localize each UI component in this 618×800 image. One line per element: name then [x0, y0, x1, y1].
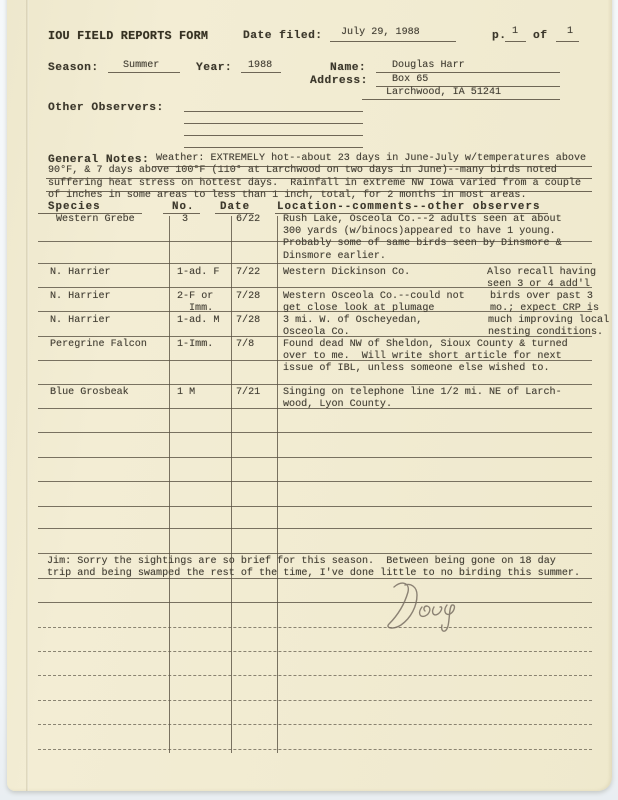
rule-line-dashed: [38, 724, 592, 725]
page-number-underline: [505, 41, 526, 42]
fold-crease: [26, 0, 29, 791]
observers-underline-2: [184, 123, 363, 124]
date-cell: 7/28: [236, 291, 260, 303]
rule-line: [38, 384, 592, 385]
form-title: IOU FIELD REPORTS FORM: [48, 29, 208, 43]
signature-path: [388, 583, 455, 631]
notes-rule-2: [46, 178, 592, 179]
scanned-field-report-page: IOU FIELD REPORTS FORM Date filed: July …: [0, 0, 618, 800]
side-note: Also recall having seen 3 or 4 add'l: [487, 267, 596, 291]
rule-line-dashed: [38, 749, 592, 750]
date-cell: 6/22: [236, 214, 260, 226]
season-underline: [108, 72, 180, 73]
date-cell: 7/21: [236, 387, 260, 399]
address-value: Box 65: [392, 74, 428, 86]
species-cell: N. Harrier: [50, 267, 111, 279]
count-cell: 1-ad. F: [177, 267, 219, 279]
col-header-no: No.: [172, 201, 195, 213]
city-underline: [362, 99, 560, 100]
species-cell: N. Harrier: [50, 315, 111, 327]
date-filed-value: July 29, 1988: [341, 27, 420, 39]
species-cell: Western Grebe: [56, 214, 135, 226]
signature-doug: [378, 578, 473, 636]
year-label: Year:: [196, 62, 232, 75]
date-cell: 7/22: [236, 267, 260, 279]
rule-line: [38, 457, 592, 458]
count-cell: 3: [182, 214, 188, 226]
col-header-location: Location--comments--other observers: [277, 201, 541, 213]
page-total-value: 1: [567, 26, 573, 38]
species-cell: N. Harrier: [50, 291, 111, 303]
col-header-species: Species: [48, 201, 101, 213]
year-value: 1988: [248, 60, 272, 72]
location-note: 3 mi. W. of Oscheyedan, Osceola Co.: [283, 315, 422, 339]
location-note: Singing on telephone line 1/2 mi. NE of …: [283, 387, 562, 411]
name-label: Name:: [330, 62, 366, 75]
rule-line: [38, 602, 592, 603]
date-filed-underline: [330, 41, 456, 42]
general-notes-line-3: suffering heat stress on hottest days. R…: [48, 178, 581, 190]
rule-line-dashed: [38, 627, 592, 628]
rule-line-dashed: [38, 700, 592, 701]
species-column-divider: [169, 216, 170, 753]
location-note: Western Osceola Co.--could not get close…: [283, 291, 465, 315]
rule-line: [38, 506, 592, 507]
location-note: Rush Lake, Osceola Co.--2 adults seen at…: [283, 214, 562, 263]
rule-line-dashed: [38, 675, 592, 676]
count-cell: 2-F or: [177, 291, 213, 303]
count-cell: 1-ad. M: [177, 315, 219, 327]
observers-underline-3: [184, 135, 363, 136]
notes-rule-3: [46, 191, 592, 192]
notes-rule-1: [152, 166, 592, 167]
other-observers-label: Other Observers:: [48, 102, 164, 115]
season-value: Summer: [123, 60, 159, 72]
rule-line-dashed: [38, 651, 592, 652]
rule-line: [38, 481, 592, 482]
page-total-underline: [556, 41, 579, 42]
count-cell: 1-Imm.: [177, 339, 213, 351]
page-number-value: 1: [512, 26, 518, 38]
observers-underline-1: [184, 111, 363, 112]
count-cell-line2: Imm.: [189, 303, 213, 315]
date-column-divider: [277, 216, 278, 753]
side-note: much improving local nesting conditions.: [488, 315, 609, 339]
count-cell: 1 M: [177, 387, 195, 399]
closing-note: Jim: Sorry the sightings are so brief fo…: [47, 556, 580, 580]
rule-line: [38, 432, 592, 433]
city-value: Larchwood, IA 51241: [386, 87, 501, 99]
observers-underline-4: [184, 147, 363, 148]
rule-line: [38, 263, 592, 264]
location-note: Western Dickinson Co.: [283, 267, 410, 279]
species-cell: Peregrine Falcon: [50, 339, 147, 351]
of-label: of: [533, 30, 547, 43]
no-column-divider: [231, 216, 232, 753]
species-cell: Blue Grosbeak: [50, 387, 129, 399]
col-header-date: Date: [220, 201, 250, 213]
date-cell: 7/28: [236, 315, 260, 327]
side-note: birds over past 3 mo.; expect CRP is: [490, 291, 599, 315]
location-note: Found dead NW of Sheldon, Sioux County &…: [283, 339, 568, 376]
date-cell: 7/8: [236, 339, 254, 351]
address-label: Address:: [310, 75, 368, 88]
season-label: Season:: [48, 62, 99, 75]
rule-line: [38, 528, 592, 529]
name-underline: [376, 72, 560, 73]
rule-line: [38, 553, 592, 554]
general-notes-line-1: Weather: EXTREMELY hot--about 23 days in…: [156, 153, 586, 165]
date-filed-label: Date filed:: [243, 30, 323, 43]
name-value: Douglas Harr: [392, 60, 465, 72]
year-underline: [241, 72, 281, 73]
